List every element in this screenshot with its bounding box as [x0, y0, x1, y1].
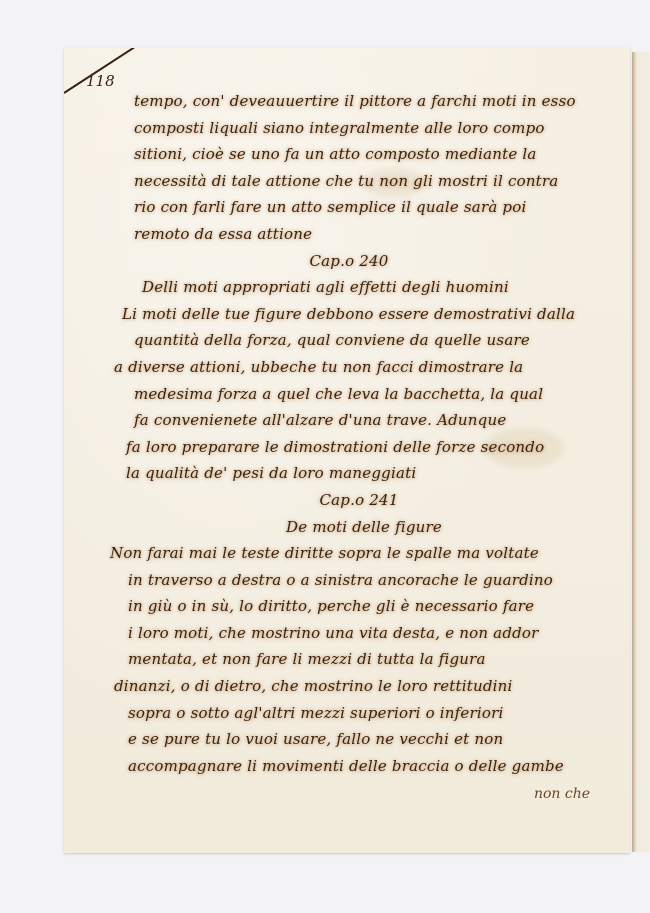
text-line: a diverse attioni, ubbeche tu non facci …: [114, 354, 624, 381]
manuscript-page: 118 tempo, con' deveauuertire il pittore…: [64, 48, 630, 853]
text-line: medesima forza a quel che leva la bacche…: [134, 381, 624, 408]
catchword: non che: [534, 786, 590, 802]
chapter-title: Delli moti appropriati agli effetti degl…: [134, 274, 624, 301]
text-line: rio con farli fare un atto semplice il q…: [134, 194, 624, 221]
text-line: la qualità de' pesi da loro maneggiati: [126, 460, 624, 487]
text-line: dinanzi, o di dietro, che mostrino le lo…: [114, 673, 624, 700]
text-line: composti liquali siano integralmente all…: [134, 115, 624, 142]
text-line: i loro moti, che mostrino una vita desta…: [128, 620, 624, 647]
chapter-number: Cap.o 241: [134, 487, 624, 514]
text-line: e se pure tu lo vuoi usare, fallo ne vec…: [128, 726, 624, 753]
text-line: quantità della forza, qual conviene da q…: [134, 327, 624, 354]
text-line: sitioni, cioè se uno fa un atto composto…: [134, 141, 624, 168]
text-line: tempo, con' deveauuertire il pittore a f…: [134, 88, 624, 115]
text-line: remoto da essa attione: [134, 221, 624, 248]
text-line: in giù o in sù, lo diritto, perche gli è…: [128, 593, 624, 620]
chapter-number: Cap.o 240: [134, 248, 624, 275]
adjacent-sheet-edge: [632, 52, 650, 852]
text-line: in traverso a destra o a sinistra ancora…: [128, 567, 624, 594]
manuscript-text: tempo, con' deveauuertire il pittore a f…: [134, 88, 624, 779]
chapter-title: De moti delle figure: [134, 514, 624, 541]
text-line: Li moti delle tue figure debbono essere …: [122, 301, 624, 328]
text-line: fa loro preparare le dimostrationi delle…: [126, 434, 624, 461]
text-line: sopra o sotto agl'altri mezzi superiori …: [128, 700, 624, 727]
text-line: Non farai mai le teste diritte sopra le …: [110, 540, 624, 567]
text-line: mentata, et non fare li mezzi di tutta l…: [128, 646, 624, 673]
text-line: fa convenienete all'alzare d'una trave. …: [134, 407, 624, 434]
text-line: accompagnare li movimenti delle braccia …: [128, 753, 624, 780]
text-line: necessità di tale attione che tu non gli…: [134, 168, 624, 195]
